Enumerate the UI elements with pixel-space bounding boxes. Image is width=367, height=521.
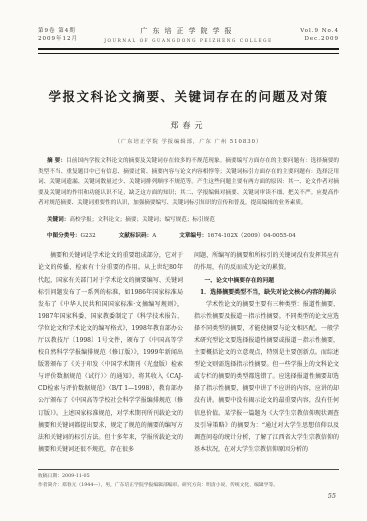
author-bio-label: 作者简介： <box>38 483 62 488</box>
received-date-line: 收稿日期：2009-11-05 <box>38 473 339 482</box>
author-affiliation: （广东培正学院 学报编辑部，广东 广州 510830） <box>38 137 339 145</box>
author-bio-line: 作者简介：郑春元（1944—），男，广东培正学院学报编辑部编审。研究方向：明清小… <box>38 482 339 491</box>
body-columns: 摘要和关键词是学术论文的重要组成部分，它对于论文的传播、检索有十分重要的作用。从… <box>38 250 339 456</box>
keywords-label: 关键词： <box>47 217 69 223</box>
keywords-text: 高校学报；文科论文；摘要；关键词；编写规范；标引规范 <box>69 217 214 223</box>
left-column: 摘要和关键词是学术论文的重要组成部分，它对于论文的传播、检索有十分重要的作用。从… <box>38 250 183 456</box>
date-en: Dec.2009 <box>277 35 339 43</box>
clc-segment: 中图分类号：G232 <box>38 231 96 242</box>
keywords-line: 关键词：高校学报；文科论文；摘要；关键词；编写规范；标引规范 <box>38 215 339 226</box>
page-number: 55 <box>328 492 336 500</box>
clc-label: 中图分类号： <box>47 233 81 239</box>
author-name: 郑春元 <box>38 120 339 131</box>
right-column-paragraph-2: 学术性论文的摘要主要有三种类型：报道性摘要、指示性摘要及报道－指示性摘要。不同类… <box>194 299 339 456</box>
right-column: 问题，所编写的摘要和所标引的关键词没有发挥其应有的作用，有的反而成为论文的累赘。… <box>194 250 339 456</box>
volume-issue-cn: 第9卷 第4期 <box>38 27 100 35</box>
right-column-paragraph-1: 问题，所编写的摘要和所标引的关键词没有发挥其应有的作用，有的反而成为论文的累赘。 <box>194 250 339 274</box>
abstract-text: 目前国内学报文科论文的摘要及关键词存在较多的不规范现象。摘要编写方面存在的主要问… <box>38 158 339 206</box>
doc-code-value: A <box>152 233 156 239</box>
received-date-label: 收稿日期： <box>38 474 62 479</box>
abstract-label: 摘 要： <box>47 158 66 164</box>
author-bio-value: 郑春元（1944—），男，广东培正学院学报编辑部编审。研究方向：明清小说、传统文… <box>62 483 278 488</box>
doc-code-segment: 文献标识码：A <box>110 231 157 242</box>
abstract-paragraph: 摘 要：目前国内学报文科论文的摘要及关键词存在较多的不规范现象。摘要编写方面存在… <box>38 156 339 209</box>
left-column-paragraph: 摘要和关键词是学术论文的重要组成部分，它对于论文的传播、检索有十分重要的作用。从… <box>38 250 183 456</box>
received-date-value: 2009-11-05 <box>62 474 90 479</box>
section-heading-1-1: 1．选择摘要类型不当，缺失对论文核心内容的揭示 <box>194 287 339 299</box>
article-no-segment: 文章编号：1674-102X（2009）04-0055-04 <box>170 231 295 242</box>
header-double-rule <box>38 48 339 54</box>
running-head-left: 第9卷 第4期 2009年12月 <box>38 27 100 43</box>
running-head-right: Vol.9 No.4 Dec.2009 <box>277 27 339 43</box>
footnote-block: 收稿日期：2009-11-05 作者简介：郑春元（1944—），男，广东培正学院… <box>38 469 339 490</box>
journal-title-en: JOURNAL OF GUANGDONG PEIZHENG COLLEGE <box>100 37 277 45</box>
section-heading-1: 一、论文中摘要存在的问题 <box>194 275 339 287</box>
doc-code-label: 文献标识码： <box>119 233 153 239</box>
running-head-center: 广东培正学院学报 JOURNAL OF GUANGDONG PEIZHENG C… <box>100 27 277 45</box>
journal-title-cn: 广东培正学院学报 <box>100 27 277 35</box>
running-head: 第9卷 第4期 2009年12月 广东培正学院学报 JOURNAL OF GUA… <box>38 27 339 45</box>
journal-page: 第9卷 第4期 2009年12月 广东培正学院学报 JOURNAL OF GUA… <box>0 0 367 521</box>
volume-issue-en: Vol.9 No.4 <box>277 27 339 35</box>
classification-line: 中图分类号：G232 文献标识码：A 文章编号：1674-102X（2009）0… <box>38 231 339 242</box>
date-cn: 2009年12月 <box>38 35 100 43</box>
article-no-value: 1674-102X（2009）04-0055-04 <box>207 233 295 239</box>
article-title: 学报文科论文摘要、关键词存在的问题及对策 <box>38 87 339 105</box>
article-no-label: 文章编号： <box>179 233 207 239</box>
clc-value: G232 <box>81 233 96 239</box>
footnote-rule <box>38 469 339 470</box>
